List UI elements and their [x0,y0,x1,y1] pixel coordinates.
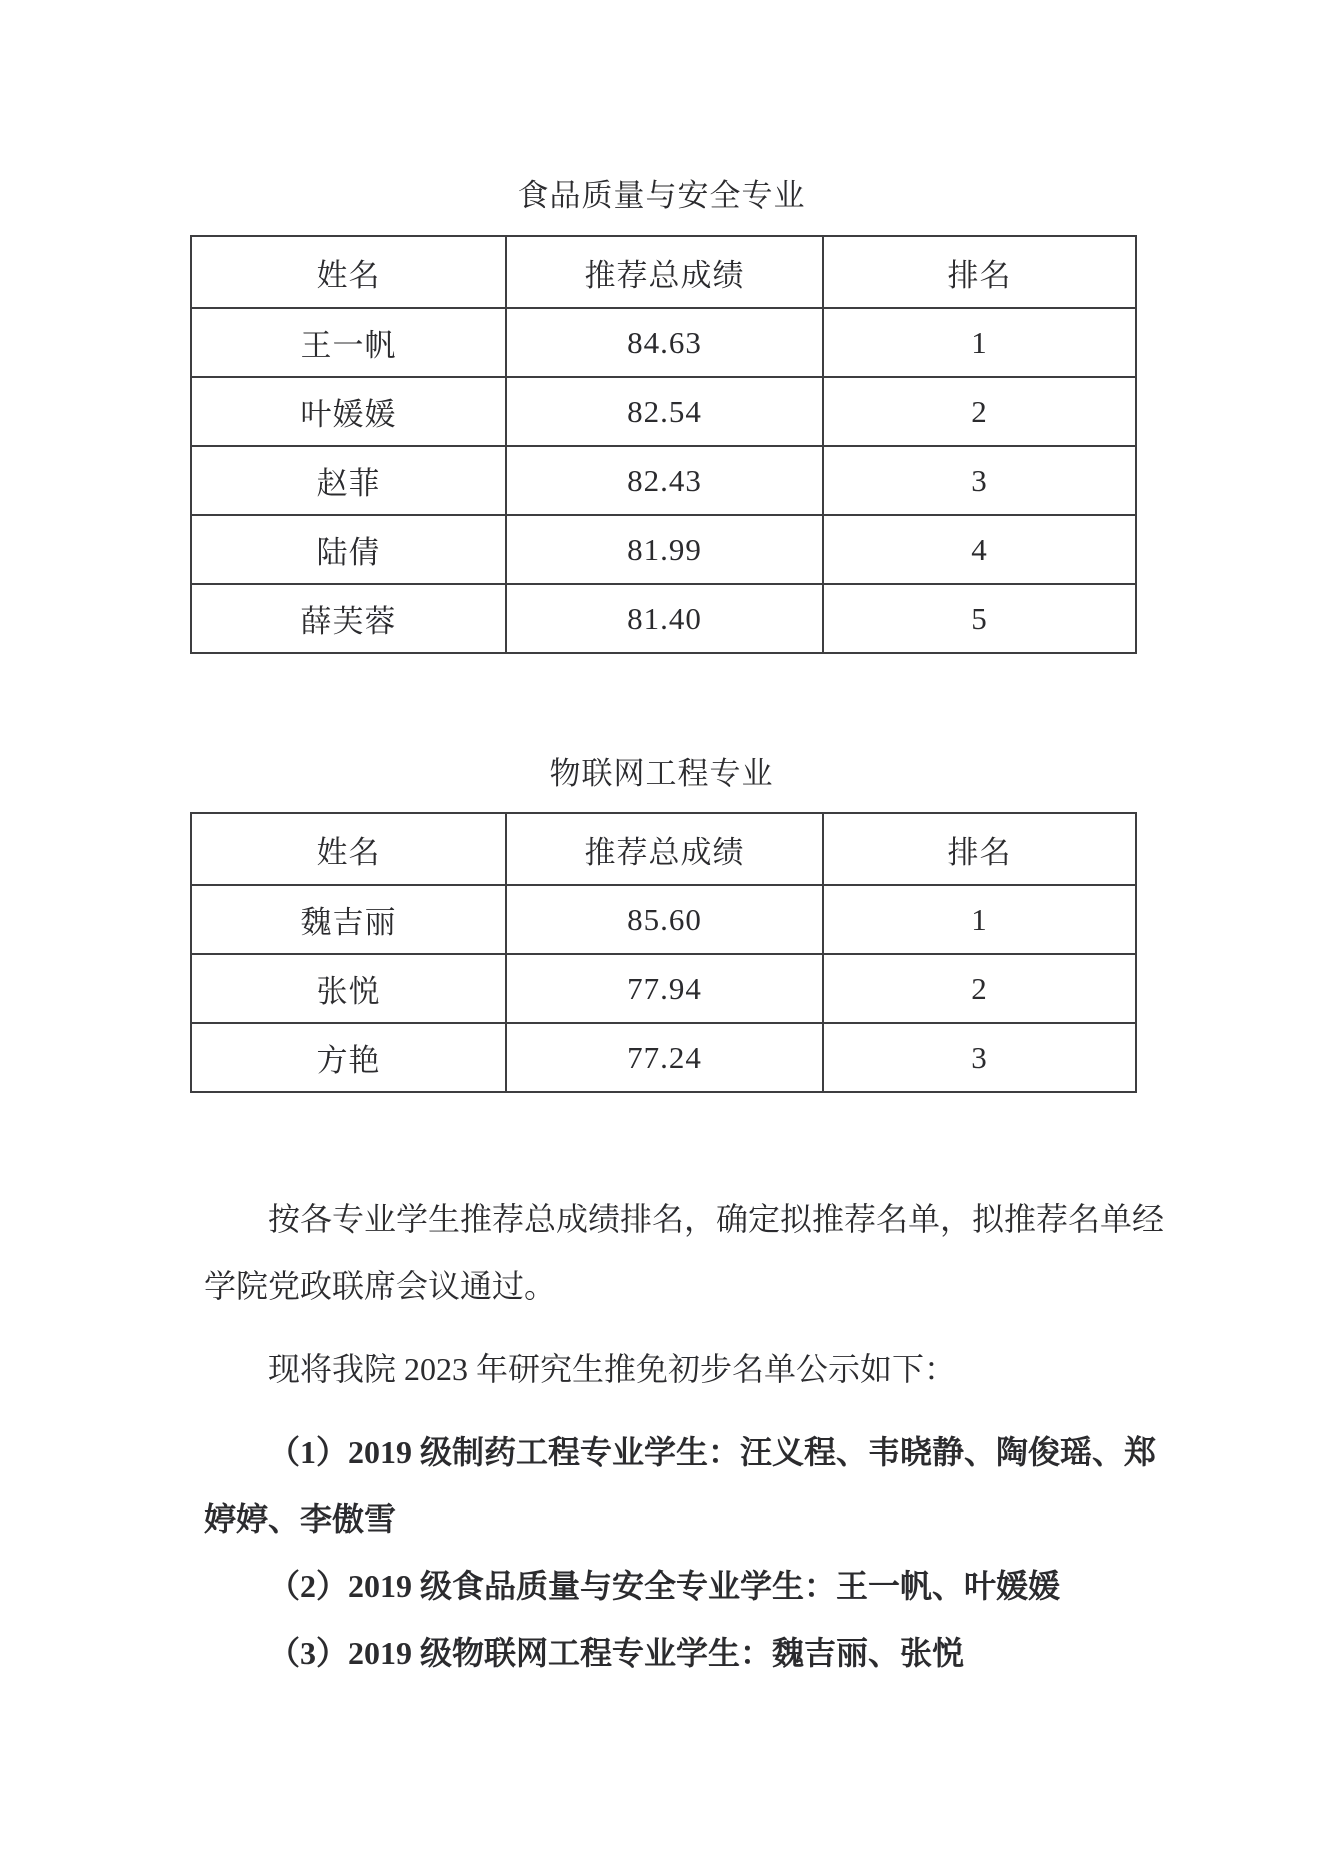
cell-name: 薛芙蓉 [191,584,506,653]
cell-name: 方艳 [191,1023,506,1092]
list-item-food-quality-students: （2）2019 级食品质量与安全专业学生：王一帆、叶媛媛 [204,1553,1134,1620]
iot-score-table: 姓名 推荐总成绩 排名 魏吉丽 85.60 1 张悦 77.94 2 方艳 77… [190,812,1137,1093]
list-item-iot-students: （3）2019 级物联网工程专业学生：魏吉丽、张悦 [204,1620,1134,1687]
header-cell-name: 姓名 [191,813,506,885]
cell-score: 85.60 [506,885,823,954]
paragraph-line: 学院党政联席会议通过。 [204,1253,1134,1320]
cell-score: 82.54 [506,377,823,446]
table-row: 赵菲 82.43 3 [191,446,1136,515]
table-row: 薛芙蓉 81.40 5 [191,584,1136,653]
cell-rank: 1 [823,308,1136,377]
table-row: 张悦 77.94 2 [191,954,1136,1023]
document-page: 食品质量与安全专业 姓名 推荐总成绩 排名 王一帆 84.63 1 叶媛媛 82… [0,0,1323,1870]
header-cell-score: 推荐总成绩 [506,813,823,885]
cell-rank: 3 [823,1023,1136,1092]
cell-score: 84.63 [506,308,823,377]
header-cell-name: 姓名 [191,236,506,308]
paragraph-line: 按各专业学生推荐总成绩排名，确定拟推荐名单，拟推荐名单经 [204,1186,1134,1253]
section-title-iot: 物联网工程专业 [0,754,1323,794]
cell-rank: 1 [823,885,1136,954]
paragraph-line: （3）2019 级物联网工程专业学生：魏吉丽、张悦 [204,1620,1134,1687]
cell-name: 赵菲 [191,446,506,515]
cell-score: 82.43 [506,446,823,515]
cell-score: 77.24 [506,1023,823,1092]
header-cell-rank: 排名 [823,813,1136,885]
paragraph-line: 婷婷、李傲雪 [204,1486,1134,1553]
table-row: 叶媛媛 82.54 2 [191,377,1136,446]
cell-name: 张悦 [191,954,506,1023]
cell-name: 魏吉丽 [191,885,506,954]
cell-rank: 4 [823,515,1136,584]
header-cell-score: 推荐总成绩 [506,236,823,308]
paragraph-ranking-note: 按各专业学生推荐总成绩排名，确定拟推荐名单，拟推荐名单经 学院党政联席会议通过。 [204,1186,1134,1320]
cell-score: 77.94 [506,954,823,1023]
cell-score: 81.99 [506,515,823,584]
table-row: 王一帆 84.63 1 [191,308,1136,377]
section-title-food-quality: 食品质量与安全专业 [0,176,1323,216]
table-header-row: 姓名 推荐总成绩 排名 [191,813,1136,885]
cell-name: 叶媛媛 [191,377,506,446]
paragraph-line: （1）2019 级制药工程专业学生：汪义程、韦晓静、陶俊瑶、郑 [204,1419,1134,1486]
paragraph-line: 现将我院 2023 年研究生推免初步名单公示如下： [204,1336,1134,1403]
cell-name: 陆倩 [191,515,506,584]
cell-rank: 5 [823,584,1136,653]
paragraph-line: （2）2019 级食品质量与安全专业学生：王一帆、叶媛媛 [204,1553,1134,1620]
table-header-row: 姓名 推荐总成绩 排名 [191,236,1136,308]
header-cell-rank: 排名 [823,236,1136,308]
table-row: 魏吉丽 85.60 1 [191,885,1136,954]
cell-rank: 2 [823,377,1136,446]
cell-name: 王一帆 [191,308,506,377]
table-row: 方艳 77.24 3 [191,1023,1136,1092]
list-item-pharma-students: （1）2019 级制药工程专业学生：汪义程、韦晓静、陶俊瑶、郑 婷婷、李傲雪 [204,1419,1134,1553]
cell-rank: 2 [823,954,1136,1023]
food-quality-score-table: 姓名 推荐总成绩 排名 王一帆 84.63 1 叶媛媛 82.54 2 赵菲 8… [190,235,1137,654]
table-row: 陆倩 81.99 4 [191,515,1136,584]
cell-score: 81.40 [506,584,823,653]
body-text-block: 按各专业学生推荐总成绩排名，确定拟推荐名单，拟推荐名单经 学院党政联席会议通过。… [204,1186,1134,1687]
paragraph-announcement: 现将我院 2023 年研究生推免初步名单公示如下： [204,1336,1134,1403]
cell-rank: 3 [823,446,1136,515]
